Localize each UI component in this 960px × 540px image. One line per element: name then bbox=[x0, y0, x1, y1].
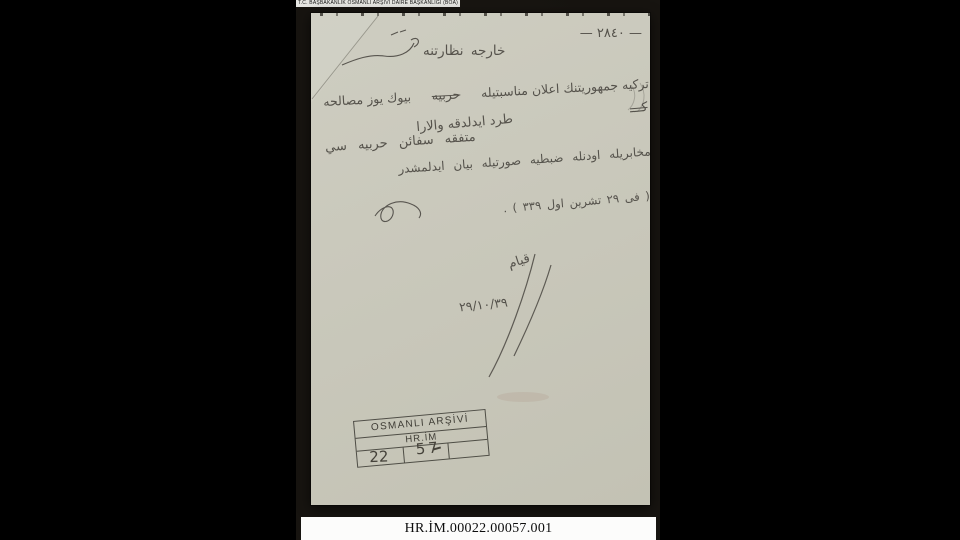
body-line-1-end: بيوك يوز مصالحه bbox=[323, 89, 412, 109]
body-line-1-start: تركيه جمهوريتنك اعلان مناسبتيله bbox=[481, 76, 650, 100]
stamp-dosya-number: 22 bbox=[369, 447, 389, 466]
stamp-cell-3 bbox=[448, 440, 489, 459]
left-paraph-flourish bbox=[375, 202, 421, 222]
torn-top-edge bbox=[311, 12, 650, 16]
cancellation-strokes bbox=[489, 254, 551, 377]
closing-note: ( فى ٢٩ تشرين اول ٣٣٩ ) . bbox=[503, 189, 651, 216]
body-line-2: كـــ طرد ايدلدقه والارا bbox=[416, 100, 648, 135]
viewer-stage: T.C. BAŞBAKANLIK OSMANLI ARŞİVİ DAİRE BA… bbox=[0, 0, 960, 540]
docket-number: — ٢٨٤٠ — bbox=[580, 26, 642, 41]
body-line-1-struck-word: حربيه bbox=[431, 86, 460, 103]
archive-header-label: T.C. BAŞBAKANLIK OSMANLI ARŞİVİ DAİRE BA… bbox=[296, 0, 460, 7]
scanned-page: T.C. BAŞBAKANLIK OSMANLI ARŞİVİ DAİRE BA… bbox=[296, 0, 660, 540]
faint-red-smudge bbox=[497, 392, 549, 402]
paper-fold-corner bbox=[311, 13, 381, 103]
reference-caption-strip: HR.İM.00022.00057.001 bbox=[301, 517, 656, 540]
kalem-scribble-word: قيام bbox=[506, 251, 532, 272]
document-paper: — ٢٨٤٠ — خارجه نظارتنه تركيه جمهوريتنك ا… bbox=[311, 13, 650, 505]
date-scribble: ٢٩/١٠/٣٩ bbox=[458, 294, 508, 314]
body-line-3: متفقه سفائن حربيه سي bbox=[325, 130, 476, 155]
archive-stamp: OSMANLI ARŞİVİ HR.İM 22 57 bbox=[353, 409, 490, 468]
addressee-line: خارجه نظارتنه bbox=[423, 43, 505, 59]
reference-caption-text: HR.İM.00022.00057.001 bbox=[405, 521, 553, 537]
body-line-2-struck-word: كـــ bbox=[629, 100, 648, 116]
